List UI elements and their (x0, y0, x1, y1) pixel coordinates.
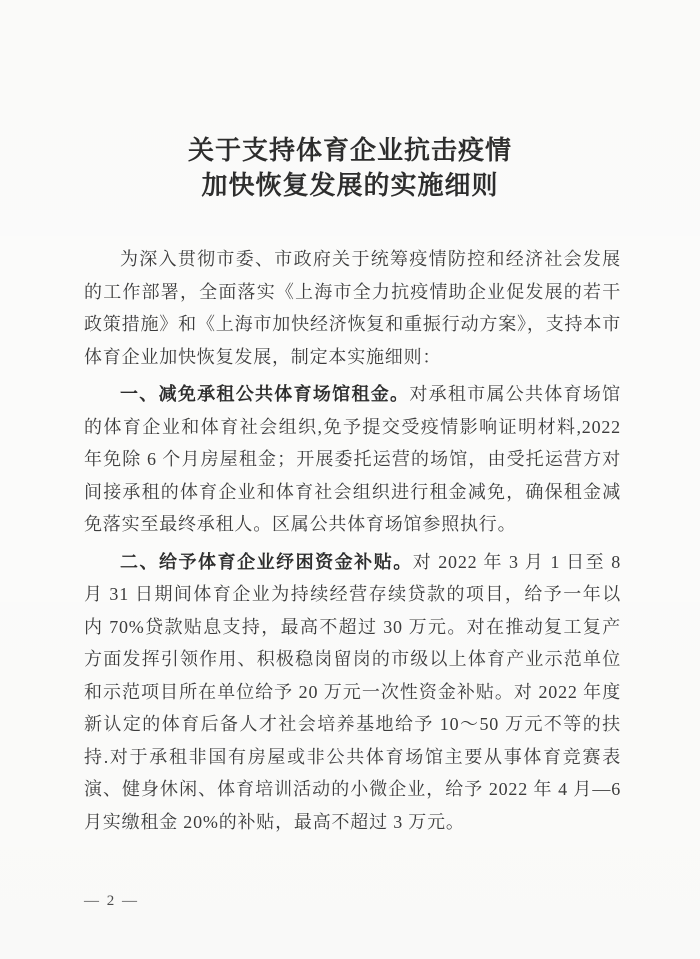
paragraph-text: 对 2022 年 3 月 1 日至 8 月 31 日期间体育企业为持续经营存续贷… (84, 552, 621, 832)
paragraph-lead: 二、给予体育企业纾困资金补贴。 (120, 552, 413, 572)
page-number: — 2 — (84, 893, 139, 910)
paragraph-lead: 一、减免承租公共体育场馆租金。 (120, 384, 409, 404)
document-title: 关于支持体育企业抗击疫情 加快恢复发展的实施细则 (0, 133, 700, 203)
title-line-1: 关于支持体育企业抗击疫情 (0, 133, 700, 168)
title-line-2: 加快恢复发展的实施细则 (0, 168, 700, 203)
paragraph-intro: 为深入贯彻市委、市政府关于统筹疫情防控和经济社会发展的工作部署，全面落实《上海市… (84, 243, 621, 373)
document-body: 为深入贯彻市委、市政府关于统筹疫情防控和经济社会发展的工作部署，全面落实《上海市… (84, 243, 621, 838)
paragraph-item-2: 二、给予体育企业纾困资金补贴。对 2022 年 3 月 1 日至 8 月 31 … (84, 546, 621, 839)
paragraph-text: 对承租市属公共体育场馆的体育企业和体育社会组织,免予提交受疫情影响证明材料,20… (84, 384, 621, 534)
paragraph-text: 为深入贯彻市委、市政府关于统筹疫情防控和经济社会发展的工作部署，全面落实《上海市… (84, 249, 621, 367)
document-page: 关于支持体育企业抗击疫情 加快恢复发展的实施细则 为深入贯彻市委、市政府关于统筹… (0, 0, 700, 959)
paragraph-item-1: 一、减免承租公共体育场馆租金。对承租市属公共体育场馆的体育企业和体育社会组织,免… (84, 378, 621, 541)
